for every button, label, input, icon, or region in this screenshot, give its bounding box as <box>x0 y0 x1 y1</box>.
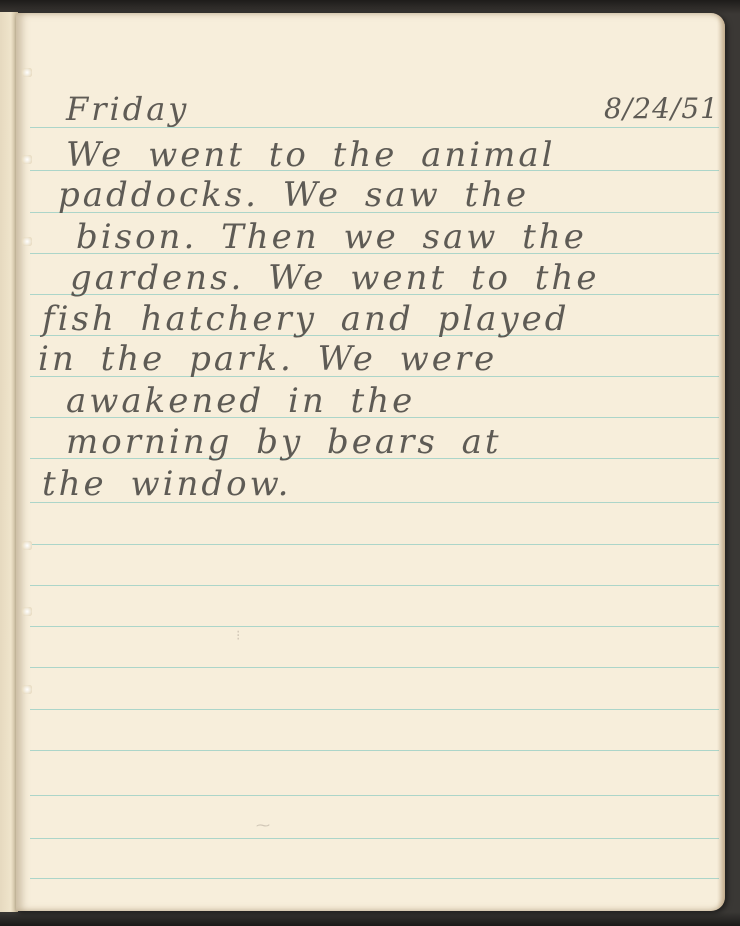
ruled-line <box>30 544 719 545</box>
entry-date: 8/24/51 <box>604 95 719 123</box>
entry-line-5: fish hatchery and played <box>42 302 725 336</box>
entry-line-8: morning by bears at <box>66 425 725 459</box>
ruled-line <box>30 626 719 627</box>
ruled-line <box>30 750 719 751</box>
entry-line-3: bison. Then we saw the <box>76 220 725 254</box>
entry-line-9: the window. <box>42 467 725 501</box>
ruled-line <box>30 585 719 586</box>
ruled-line <box>30 878 719 879</box>
binding-notch <box>20 237 32 246</box>
binding-notch <box>20 68 32 77</box>
ruled-line <box>30 667 719 668</box>
ruled-line <box>30 795 719 796</box>
entry-line-6: in the park. We were <box>38 342 725 376</box>
entry-line-1: We went to the animal <box>66 138 725 172</box>
entry-line-4: gardens. We went to the <box>70 261 725 295</box>
ruled-line <box>30 838 719 839</box>
binding-notch <box>20 685 32 694</box>
entry-line-2: paddocks. We saw the <box>58 178 725 212</box>
entry-line-7: awakened in the <box>66 384 725 418</box>
bleed-through-mark: ⁓ <box>256 818 270 834</box>
bleed-through-mark: ⁝ <box>236 628 240 644</box>
binding-notch <box>20 607 32 616</box>
notebook-page: ⁝ ⁓ Friday 8/24/51 We went to the animal… <box>16 13 725 911</box>
ruled-line <box>30 709 719 710</box>
binding-notch <box>20 541 32 550</box>
binding-notch <box>20 155 32 164</box>
